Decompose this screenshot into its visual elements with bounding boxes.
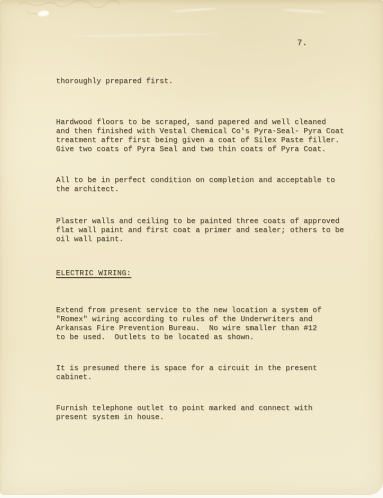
paragraph-plaster-walls: Plaster walls and ceiling to be painted … [56,218,356,245]
paper-crease [170,7,218,12]
paragraph-circuit-space: It is presumed there is space for a circ… [56,365,356,383]
paragraph-hardwood-floors: Hardwood floors to be scraped, sand pape… [56,119,356,155]
section-heading-electric-wiring: ELECTRIC WIRING: [56,270,356,279]
paper-crease [282,9,326,13]
page-number: 7. [297,38,307,48]
paragraph-telephone-outlet: Furnish telephone outlet to point marked… [56,405,356,423]
faint-pencil-annotation-icon [14,0,124,20]
paragraph-continuation: thoroughly prepared first. [56,78,356,87]
paper-crease [70,33,220,38]
paragraph-romex-wiring: Extend from present service to the new l… [56,307,356,343]
paragraph-perfect-condition: All to be in perfect condition on comple… [56,177,356,195]
document-page: 7. thoroughly prepared first. Hardwood f… [0,0,383,495]
document-body: thoroughly prepared first. Hardwood floo… [56,60,356,450]
